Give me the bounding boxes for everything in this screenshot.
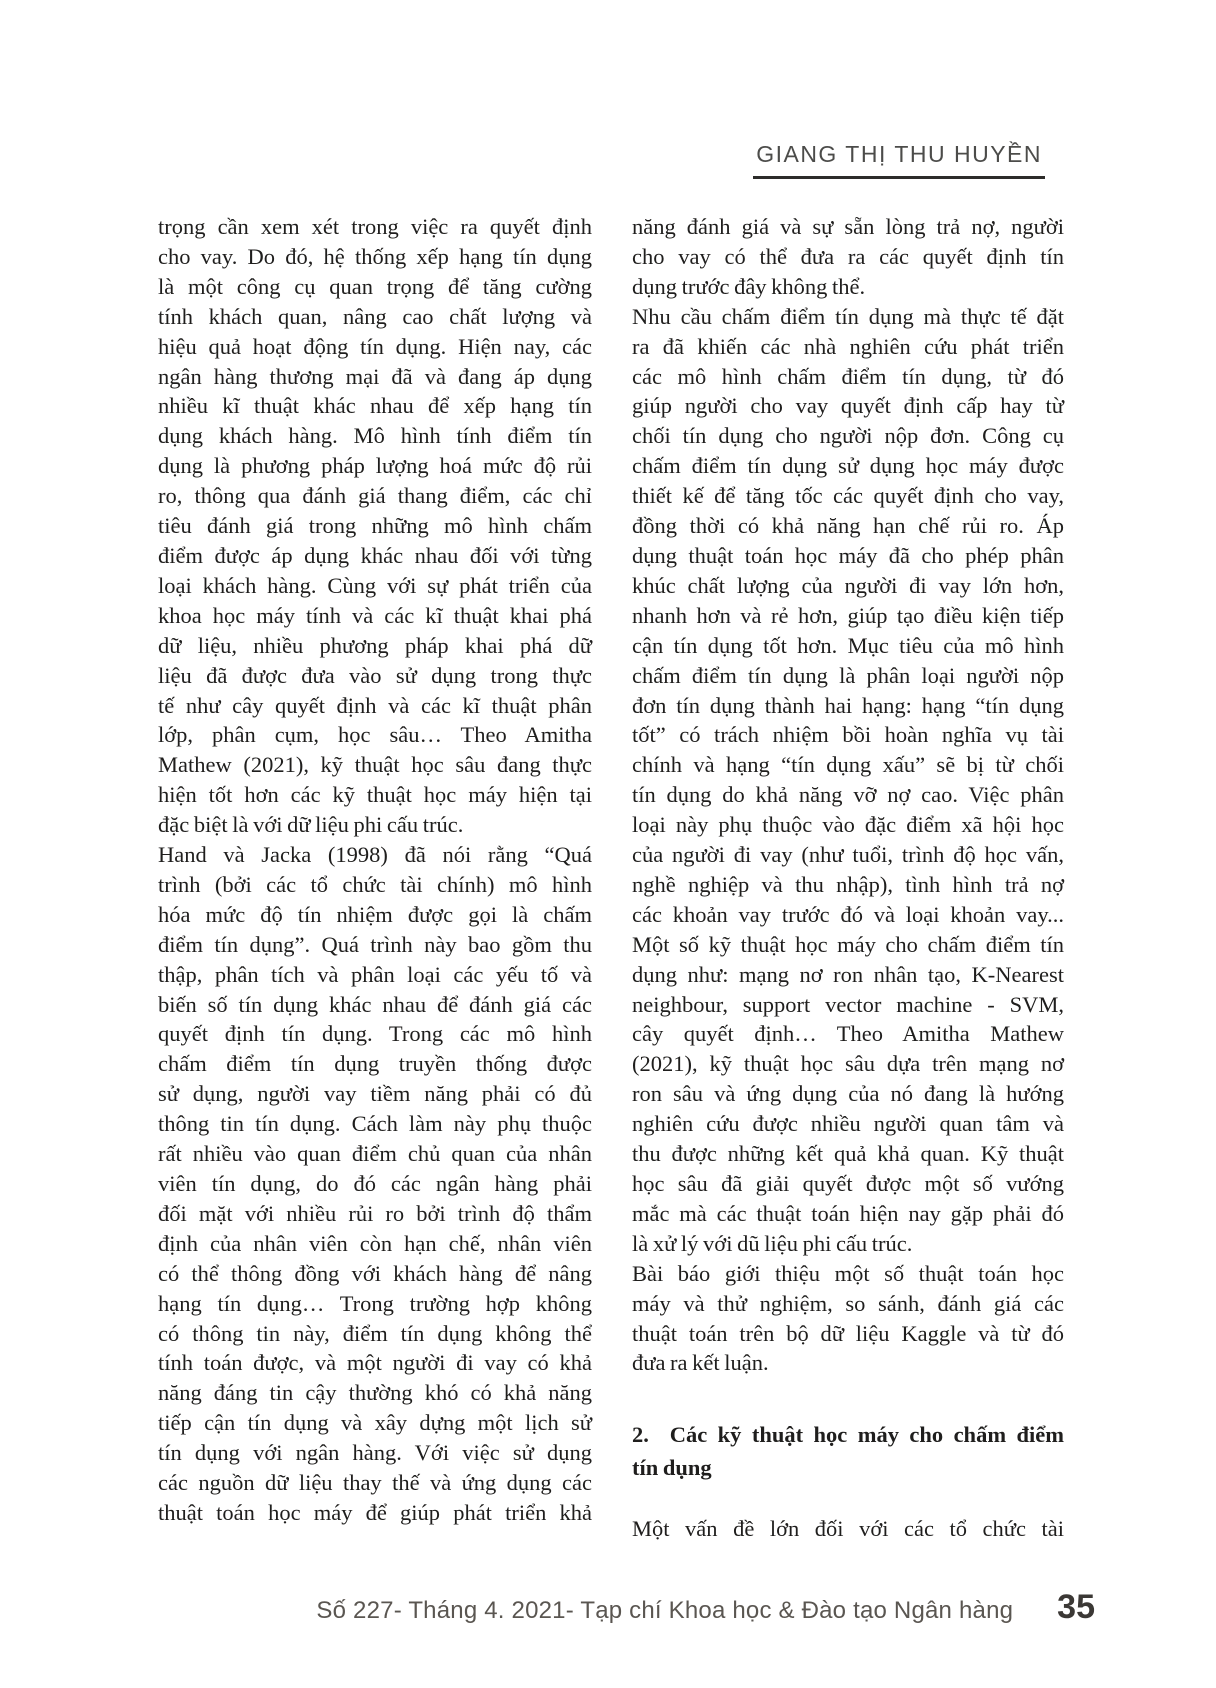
text-line: liệu đã được đưa vào sử dụng trong thực [158,661,592,691]
text-line: quyết định tín dụng. Trong các mô hình [158,1019,592,1049]
text-line: trình (bởi các tổ chức tài chính) mô hìn… [158,870,592,900]
text-line: neighbour, support vector machine - SVM, [632,990,1064,1020]
text-line: khúc chất lượng của người đi vay lớn hơn… [632,571,1064,601]
text-line: dữ liệu, nhiều phương pháp khai phá dữ [158,631,592,661]
text-line: tín dụng do khả năng vỡ nợ cao. Việc phâ… [632,780,1064,810]
text-line: tiêu đánh giá trong những mô hình chấm [158,511,592,541]
text-line: loại khách hàng. Cùng với sự phát triển … [158,571,592,601]
text-line: ron sâu và ứng dụng của nó đang là hướng [632,1079,1064,1109]
text-line: viên tín dụng, do đó các ngân hàng phải [158,1169,592,1199]
text-line: thiết kế để tăng tốc các quyết định cho … [632,481,1064,511]
text-line: hiệu quả hoạt động tín dụng. Hiện nay, c… [158,332,592,362]
document-page: GIANG THỊ THU HUYỀN trọng cần xem xét tr… [0,0,1216,1688]
text-line: cho vay. Do đó, hệ thống xếp hạng tín dụ… [158,242,592,272]
text-line: (2021), kỹ thuật học sâu dựa trên mạng n… [632,1049,1064,1079]
text-line: nghề nghiệp và thu nhập), tình hình trả … [632,870,1064,900]
text-line: cận tín dụng tốt hơn. Mục tiêu của mô hì… [632,631,1064,661]
page-number: 35 [1057,1588,1095,1627]
text-line: đối mặt với nhiều rủi ro bởi trình độ th… [158,1199,592,1229]
text-line: chấm điểm tín dụng sử dụng học máy được [632,451,1064,481]
text-line: Mathew (2021), kỹ thuật học sâu đang thự… [158,750,592,780]
text-line: các nguồn dữ liệu thay thế và ứng dụng c… [158,1468,592,1498]
text-line: thuật toán trên bộ dữ liệu Kaggle và từ … [632,1319,1064,1349]
text-line: chối tín dụng cho người nộp đơn. Công cụ [632,421,1064,451]
text-line: định của nhân viên còn hạn chế, nhân viê… [158,1229,592,1259]
text-line: đặc biệt là với dữ liệu phi cấu trúc. [158,810,592,840]
text-line: Một vấn đề lớn đối với các tổ chức tài [632,1514,1064,1544]
text-line: của người đi vay (như tuổi, trình độ học… [632,840,1064,870]
text-line: đơn tín dụng thành hai hạng: hạng “tín d… [632,691,1064,721]
text-line: đưa ra kết luận. [632,1348,1064,1378]
text-line: năng đánh giá và sự sẵn lòng trả nợ, ngư… [632,212,1064,242]
text-line: dụng là phương pháp lượng hoá mức độ rủi [158,451,592,481]
text-line: cho vay có thể đưa ra các quyết định tín [632,242,1064,272]
text-line: biến số tín dụng khác nhau để đánh giá c… [158,990,592,1020]
text-line: nghiên cứu được nhiều người quan tâm và [632,1109,1064,1139]
text-line: đồng thời có khả năng hạn chế rủi ro. Áp [632,511,1064,541]
text-line: dụng như: mạng nơ ron nhân tạo, K-Neares… [632,960,1064,990]
text-line: thông tin tín dụng. Cách làm này phụ thu… [158,1109,592,1139]
text-line: dụng trước đây không thể. [632,272,1064,302]
text-line: dụng thuật toán học máy đã cho phép phân [632,541,1064,571]
text-line: tế như cây quyết định và các kĩ thuật ph… [158,691,592,721]
text-line: thuật toán học máy để giúp phát triển kh… [158,1498,592,1528]
section-heading-line: tín dụng [632,1451,1064,1484]
text-line: điểm được áp dụng khác nhau đối với từng [158,541,592,571]
text-line: ra đã khiến các nhà nghiên cứu phát triể… [632,332,1064,362]
text-line: chấm điểm tín dụng truyền thống được [158,1049,592,1079]
text-line: tính toán được, và một người đi vay có k… [158,1348,592,1378]
text-line: Hand và Jacka (1998) đã nói rằng “Quá [158,840,592,870]
text-line: là xử lý với dũ liệu phi cấu trúc. [632,1229,1064,1259]
text-line: hiện tốt hơn các kỹ thuật học máy hiện t… [158,780,592,810]
section-heading-line: 2. Các kỹ thuật học máy cho chấm điểm [632,1418,1064,1451]
text-line: tốt” có trách nhiệm bồi hoàn nghĩa vụ tà… [632,720,1064,750]
text-line: trọng cần xem xét trong việc ra quyết đị… [158,212,592,242]
text-line: hóa mức độ tín nhiệm được gọi là chấm [158,900,592,930]
author-header: GIANG THỊ THU HUYỀN [753,141,1045,179]
text-line: mắc mà các thuật toán hiện nay gặp phải … [632,1199,1064,1229]
text-line: tín dụng với ngân hàng. Với việc sử dụng [158,1438,592,1468]
text-line: tiếp cận tín dụng và xây dựng một lịch s… [158,1408,592,1438]
text-line: tính khách quan, nâng cao chất lượng và [158,302,592,332]
text-line: các khoản vay trước đó và loại khoản vay… [632,900,1064,930]
text-line: khoa học máy tính và các kĩ thuật khai p… [158,601,592,631]
text-line: học sâu đã giải quyết được một số vướng [632,1169,1064,1199]
text-line: các mô hình chấm điểm tín dụng, từ đó [632,362,1064,392]
text-line: có thể thông đồng với khách hàng để nâng [158,1259,592,1289]
text-line: loại này phụ thuộc vào đặc điểm xã hội h… [632,810,1064,840]
text-line: chấm điểm tín dụng là phân loại người nộ… [632,661,1064,691]
text-line: ro, thông qua đánh giá thang điểm, các c… [158,481,592,511]
text-line: cây quyết định… Theo Amitha Mathew [632,1019,1064,1049]
right-column: năng đánh giá và sự sẵn lòng trả nợ, ngư… [632,212,1064,1544]
text-line: Nhu cầu chấm điểm tín dụng mà thực tế đặ… [632,302,1064,332]
text-line: hạng tín dụng… Trong trường hợp không [158,1289,592,1319]
text-line: có thông tin này, điểm tín dụng không th… [158,1319,592,1349]
text-line: thu được những kết quả khả quan. Kỹ thuậ… [632,1139,1064,1169]
text-line: ngân hàng thương mại đã và đang áp dụng [158,362,592,392]
text-line: Bài báo giới thiệu một số thuật toán học [632,1259,1064,1289]
text-line [632,1378,1064,1408]
text-line: sử dụng, người vay tiềm năng phải có đủ [158,1079,592,1109]
text-line: là một công cụ quan trọng để tăng cường [158,272,592,302]
text-line: thập, phân tích và phân loại các yếu tố … [158,960,592,990]
text-line [632,1484,1064,1514]
text-line: giúp người cho vay quyết định cấp hay từ [632,391,1064,421]
left-column: trọng cần xem xét trong việc ra quyết đị… [158,212,592,1528]
text-line: Một số kỹ thuật học máy cho chấm điểm tí… [632,930,1064,960]
text-line: máy và thử nghiệm, so sánh, đánh giá các [632,1289,1064,1319]
text-line: điểm tín dụng”. Quá trình này bao gồm th… [158,930,592,960]
text-line: rất nhiều vào quan điểm chủ quan của nhâ… [158,1139,592,1169]
text-line: dụng khách hàng. Mô hình tính điểm tín [158,421,592,451]
text-line: lớp, phân cụm, học sâu… Theo Amitha [158,720,592,750]
text-line: chính và hạng “tín dụng xấu” sẽ bị từ ch… [632,750,1064,780]
footer-issue-text: Số 227- Tháng 4. 2021- Tạp chí Khoa học … [316,1597,1013,1625]
text-line: năng đáng tin cậy thường khó có khả năng [158,1378,592,1408]
text-line: nhanh hơn và rẻ hơn, giúp tạo điều kiện … [632,601,1064,631]
text-line: nhiều kĩ thuật khác nhau để xếp hạng tín [158,391,592,421]
page-footer: Số 227- Tháng 4. 2021- Tạp chí Khoa học … [316,1588,1095,1627]
